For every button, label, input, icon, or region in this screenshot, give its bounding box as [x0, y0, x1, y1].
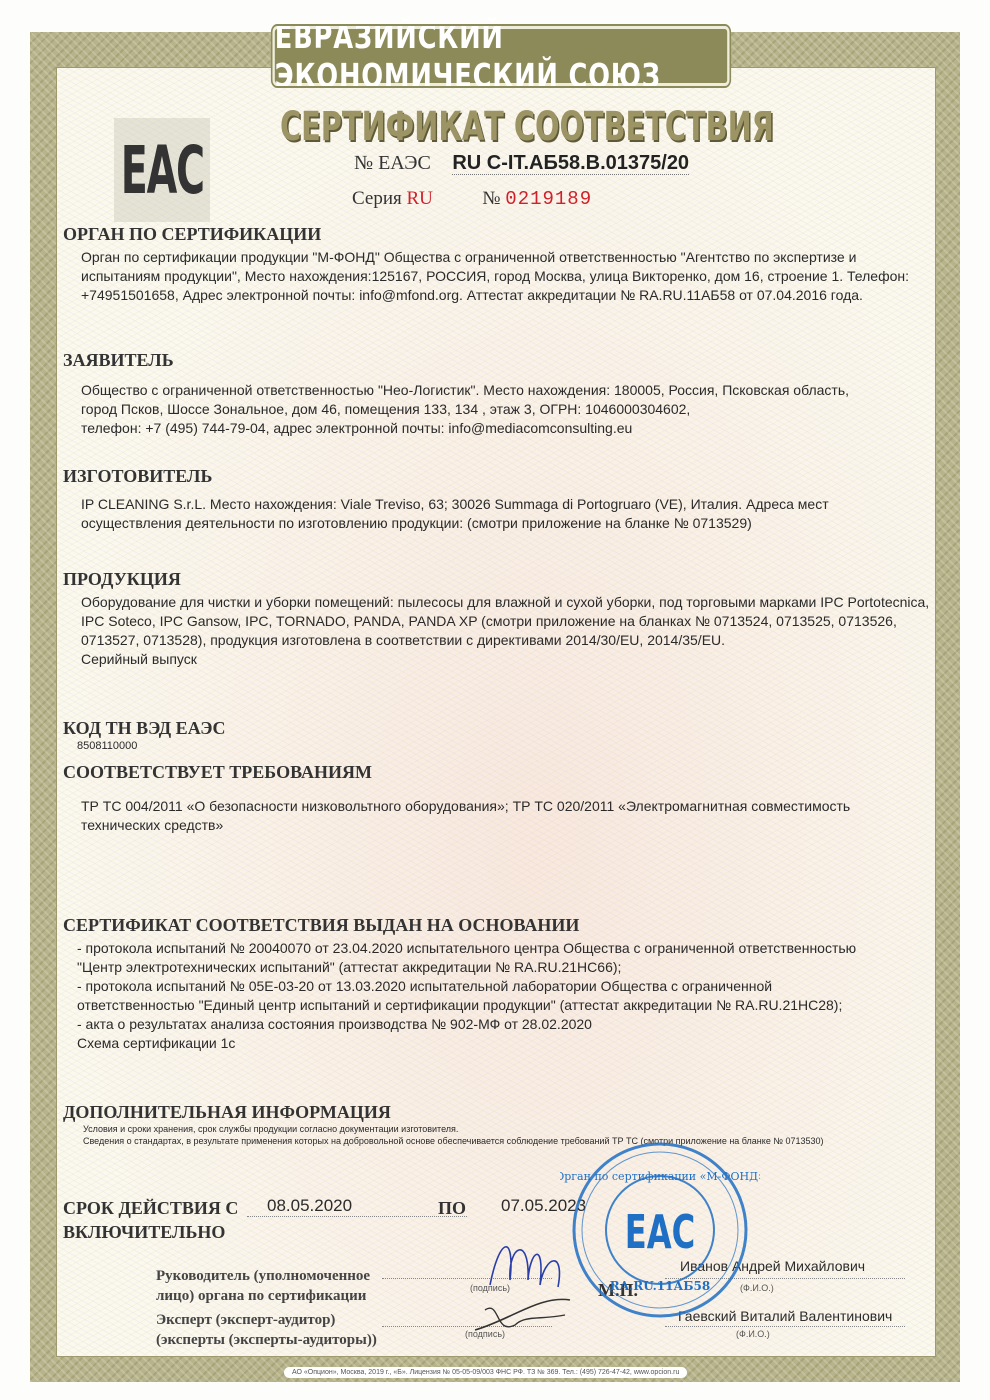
certification-body-section: ОРГАН ПО СЕРТИФИКАЦИИ Орган по сертифика…: [63, 224, 933, 305]
printer-footer: АО «Опцион», Москва, 2019 г., «Б». Лицен…: [284, 1367, 687, 1378]
manufacturer-section: ИЗГОТОВИТЕЛЬ IP CLEANING S.r.L. Место на…: [63, 466, 933, 533]
head-label-line: лицо) органа по сертификации: [156, 1286, 370, 1306]
basis-section: СЕРТИФИКАТ СООТВЕТСТВИЯ ВЫДАН НА ОСНОВАН…: [63, 915, 933, 1053]
certification-body-text: Орган по сертификации продукции "М-ФОНД"…: [63, 248, 933, 305]
additional-heading: ДОПОЛНИТЕЛЬНАЯ ИНФОРМАЦИЯ: [63, 1102, 933, 1123]
banner-wrap: ЕВРАЗИЙСКИЙ ЭКОНОМИЧЕСКИЙ СОЮЗ: [0, 0, 990, 90]
basis-line: Схема сертификации 1с: [63, 1034, 933, 1053]
eac-logo-box: ЕАС: [114, 118, 210, 222]
requirements-section: СООТВЕТСТВУЕТ ТРЕБОВАНИЯМ ТР ТС 004/2011…: [63, 762, 933, 835]
series-number: Серия RU № 0219189: [352, 188, 592, 210]
product-heading: ПРОДУКЦИЯ: [63, 569, 933, 590]
validity-from-label: СРОК ДЕЙСТВИЯ С: [63, 1198, 238, 1219]
stamp-center-text: ЕАС: [625, 1206, 696, 1259]
head-label-line: Руководитель (уполномоченное: [156, 1266, 370, 1286]
registration-value: RU C-IT.АБ58.В.01375/20: [452, 152, 689, 175]
blank-number: 0219189: [505, 188, 592, 210]
blank-number-label: №: [482, 188, 500, 209]
product-section: ПРОДУКЦИЯ Оборудование для чистки и убор…: [63, 569, 933, 669]
additional-line: Условия и сроки хранения, срок службы пр…: [63, 1123, 933, 1135]
tn-ved-heading: КОД ТН ВЭД ЕАЭС: [63, 718, 933, 739]
basis-line: - акта о результатах анализа состояния п…: [63, 1015, 933, 1034]
certification-body-heading: ОРГАН ПО СЕРТИФИКАЦИИ: [63, 224, 933, 245]
registration-label: № ЕАЭС: [354, 152, 431, 174]
registration-number: № ЕАЭС RU C-IT.АБ58.В.01375/20: [354, 152, 689, 175]
tn-ved-value: 8508110000: [63, 739, 933, 753]
certification-stamp-icon: ЕАС Орган по сертификации «М-ФОНД» RA.RU…: [560, 1140, 760, 1320]
head-label: Руководитель (уполномоченное лицо) орган…: [156, 1266, 370, 1306]
series-value: RU: [407, 188, 433, 209]
applicant-line: телефон: +7 (495) 744-79-04, адрес элект…: [63, 419, 933, 438]
applicant-line: Общество с ограниченной ответственностью…: [63, 381, 933, 400]
expert-label-line: Эксперт (эксперт-аудитор): [156, 1310, 377, 1330]
document-title: СЕРТИФИКАТ СООТВЕТСТВИЯ: [280, 104, 604, 150]
eac-logo-icon: ЕАС: [120, 132, 203, 209]
product-serial: Серийный выпуск: [63, 650, 933, 669]
manufacturer-heading: ИЗГОТОВИТЕЛЬ: [63, 466, 933, 487]
applicant-heading: ЗАЯВИТЕЛЬ: [63, 350, 933, 371]
expert-label: Эксперт (эксперт-аудитор) (эксперты (экс…: [156, 1310, 377, 1350]
validity-from: 08.05.2020: [247, 1196, 467, 1217]
stamp-outer-text: Орган по сертификации «М-ФОНД»: [560, 1170, 760, 1183]
additional-line: Сведения о стандартах, в результате прим…: [63, 1135, 933, 1147]
stamp-accreditation: RA.RU.11АБ58: [610, 1279, 710, 1293]
basis-line: "Центр электротехнических испытаний" (ат…: [63, 958, 933, 977]
basis-line: - протокола испытаний № 05Е-03-20 от 13.…: [63, 977, 933, 996]
basis-heading: СЕРТИФИКАТ СООТВЕТСТВИЯ ВЫДАН НА ОСНОВАН…: [63, 915, 933, 936]
manufacturer-text: IP CLEANING S.r.L. Место нахождения: Via…: [63, 495, 933, 533]
validity-to-label: ПО: [438, 1198, 466, 1219]
expert-name-caption: (Ф.И.О.): [736, 1329, 770, 1339]
tn-ved-section: КОД ТН ВЭД ЕАЭС 8508110000: [63, 718, 933, 753]
series-label: Серия: [352, 188, 402, 209]
applicant-line: город Псков, Шоссе Зональное, дом 46, по…: [63, 400, 933, 419]
product-text: Оборудование для чистки и уборки помещен…: [63, 593, 933, 650]
requirements-heading: СООТВЕТСТВУЕТ ТРЕБОВАНИЯМ: [63, 762, 933, 783]
expert-name-line: [665, 1326, 905, 1327]
expert-label-line: (эксперты (эксперты-аудиторы)): [156, 1330, 377, 1350]
requirements-text: ТР ТС 004/2011 «О безопасности низковоль…: [63, 797, 933, 835]
additional-section: ДОПОЛНИТЕЛЬНАЯ ИНФОРМАЦИЯ Условия и срок…: [63, 1102, 933, 1147]
basis-line: ответственностью "Единый центр испытаний…: [63, 996, 933, 1015]
union-banner: ЕВРАЗИЙСКИЙ ЭКОНОМИЧЕСКИЙ СОЮЗ: [272, 26, 729, 86]
applicant-section: ЗАЯВИТЕЛЬ Общество с ограниченной ответс…: [63, 350, 933, 438]
basis-line: - протокола испытаний № 20040070 от 23.0…: [63, 939, 933, 958]
